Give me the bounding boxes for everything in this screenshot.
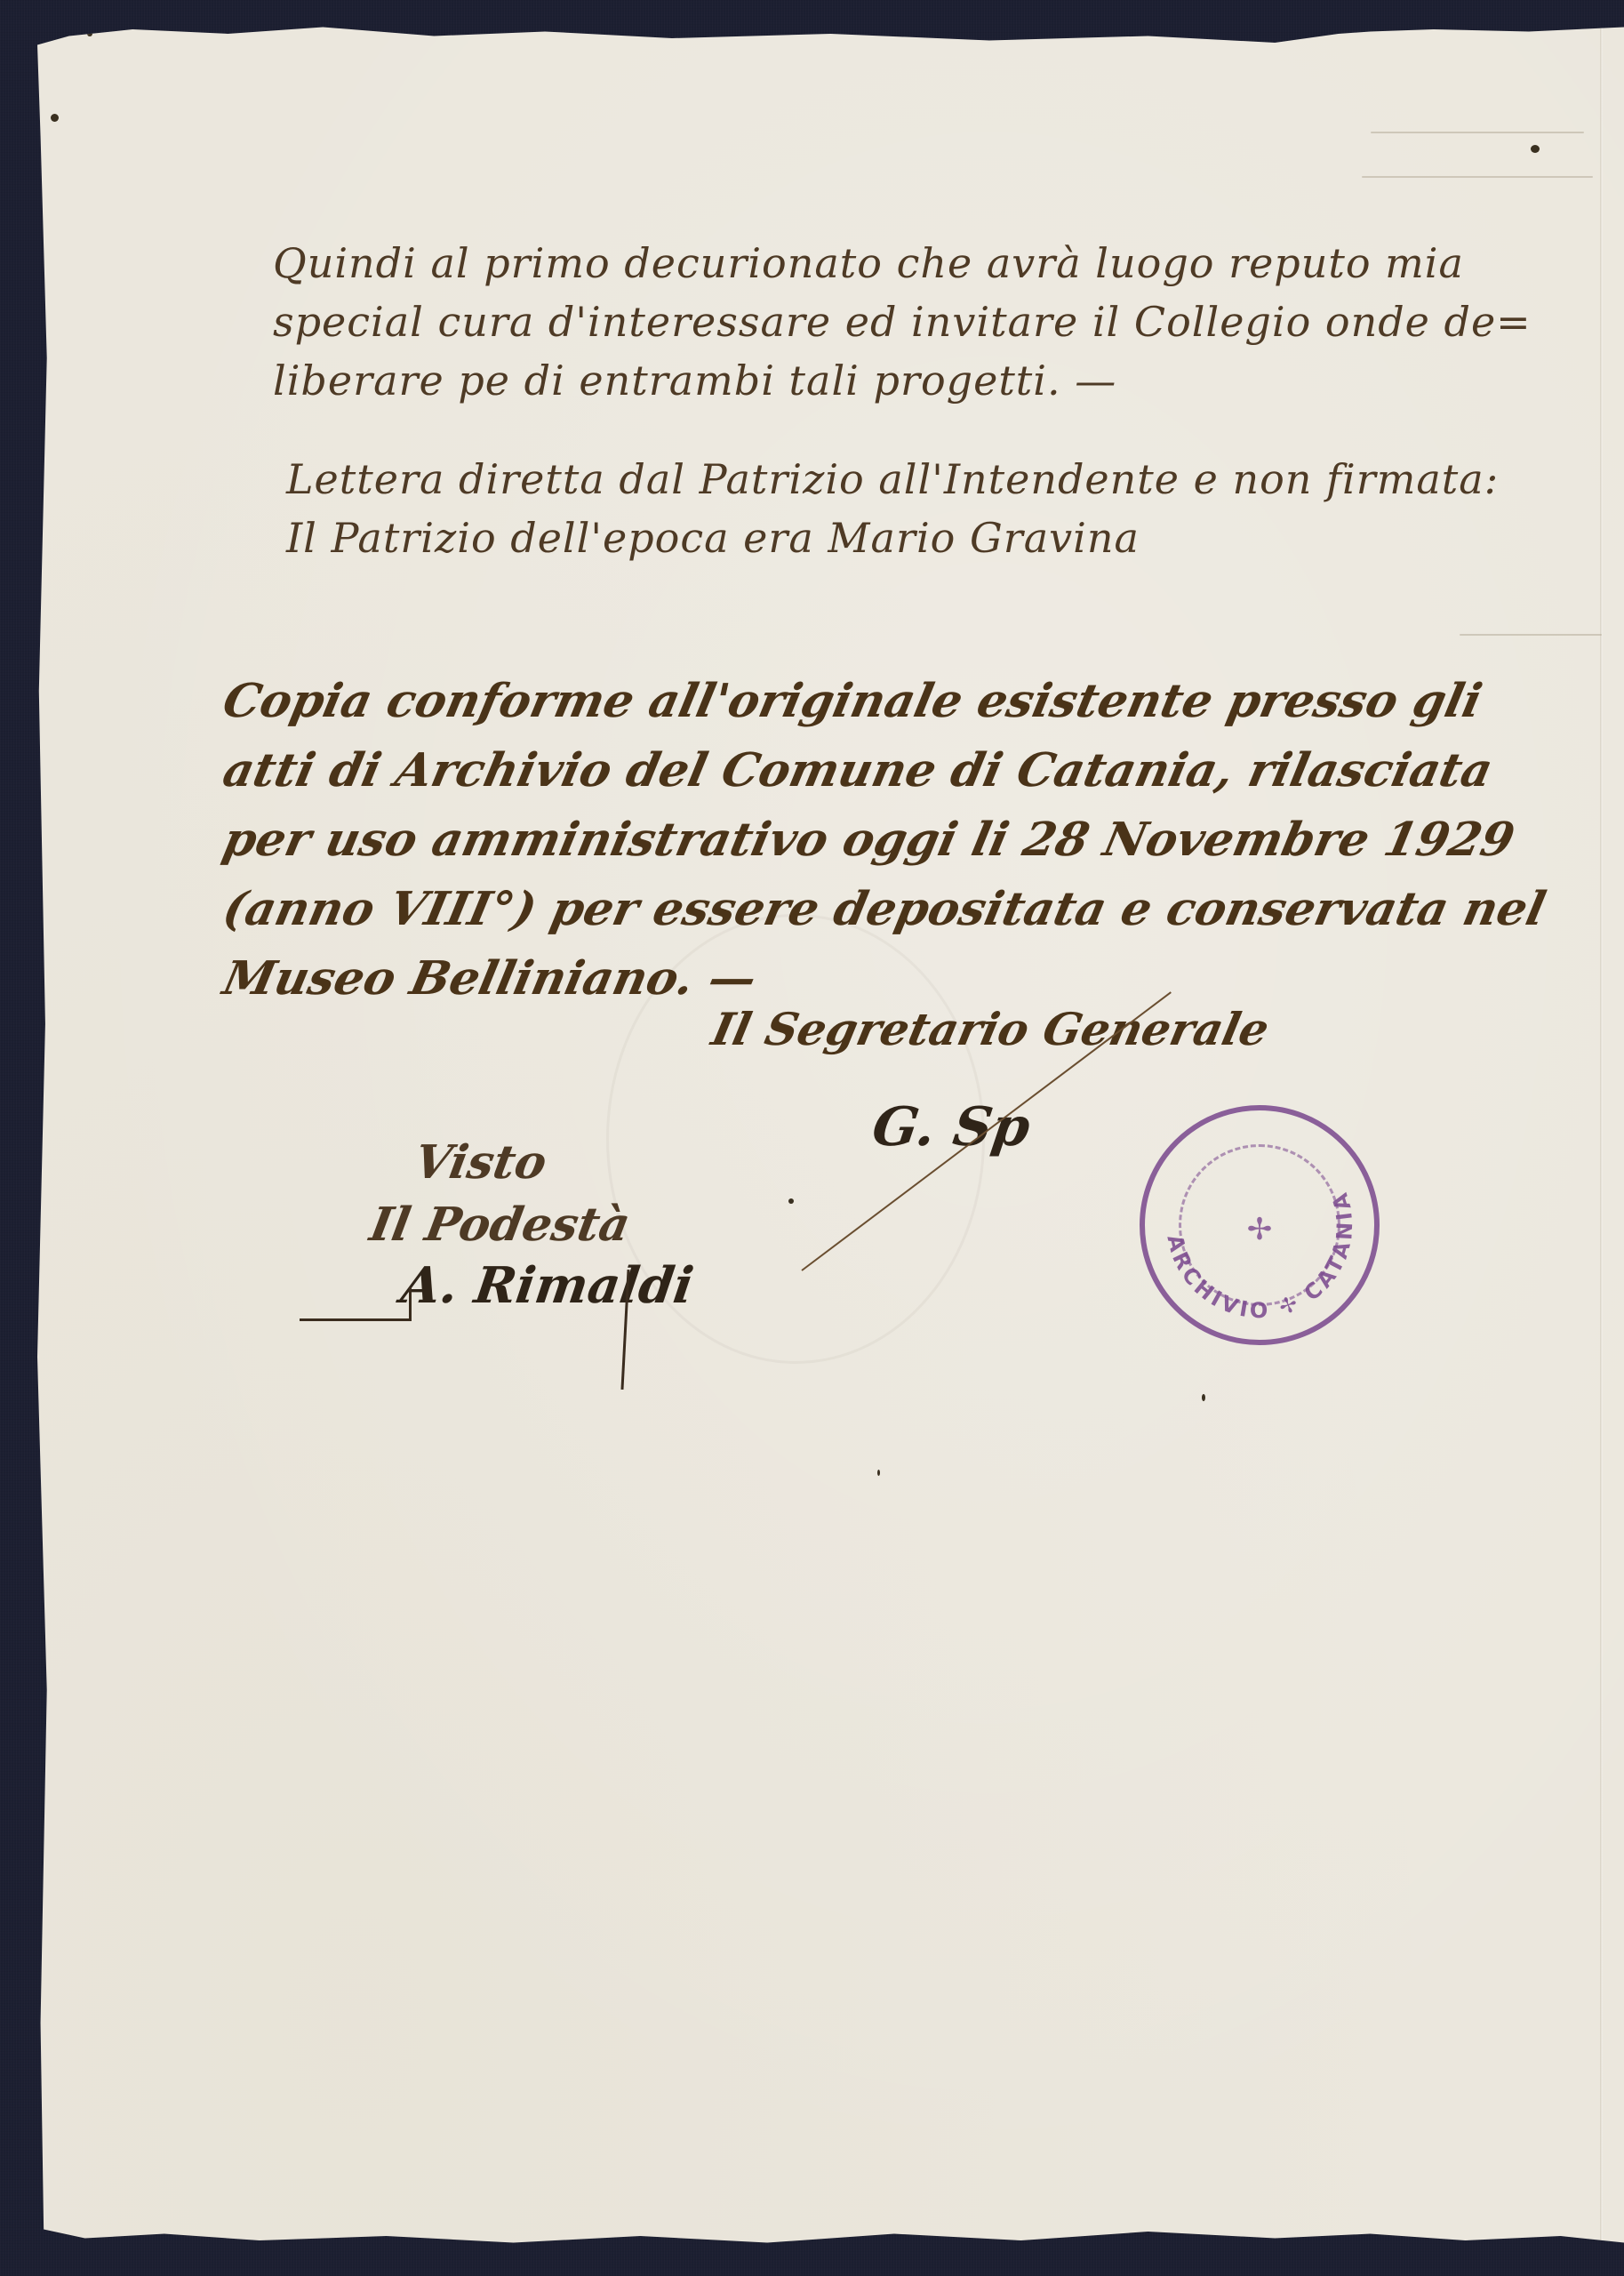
paper-crease bbox=[1362, 176, 1593, 178]
text-line: Quindi al primo decurionato che avrà luo… bbox=[273, 234, 1532, 293]
paper-crease bbox=[1460, 634, 1602, 636]
paper-crease bbox=[1371, 132, 1584, 133]
paragraph-proposal: Quindi al primo decurionato che avrà luo… bbox=[273, 234, 1532, 410]
approval-role: Il Podestà bbox=[365, 1194, 635, 1256]
paragraph-note: Lettera diretta dal Patrizio all'Intende… bbox=[286, 450, 1499, 567]
secretary-signature: G. Sp bbox=[868, 1096, 1034, 1158]
svg-text:ARCHIVIO ✢ CATANIA: ARCHIVIO ✢ CATANIA bbox=[1162, 1187, 1357, 1323]
text-line: Copia conforme all'originale esistente p… bbox=[217, 667, 1552, 736]
paper-speck bbox=[1202, 1394, 1205, 1401]
stamp-emblem-icon: ✢ bbox=[1247, 1212, 1273, 1247]
archive-stamp: ARCHIVIO ✢ CATANIA ✢ bbox=[1140, 1105, 1380, 1345]
paper-speck bbox=[877, 1470, 880, 1476]
text-line: Lettera diretta dal Patrizio all'Intende… bbox=[286, 450, 1499, 509]
signature-underline bbox=[300, 1318, 411, 1321]
document-page: Quindi al primo decurionato che avrà luo… bbox=[37, 25, 1624, 2245]
podesta-signature: A. Rimaldi bbox=[397, 1256, 697, 1315]
text-line: atti di Archivio del Comune di Catania, … bbox=[217, 736, 1552, 805]
text-line: (anno VIII°) per essere depositata e con… bbox=[217, 875, 1552, 944]
page-fold bbox=[1600, 25, 1603, 2245]
paper-speck bbox=[51, 114, 59, 122]
signature-underline bbox=[409, 1287, 412, 1321]
paragraph-certified-copy: Copia conforme all'originale esistente p… bbox=[224, 667, 1544, 1014]
secretary-title: Il Segretario Generale bbox=[708, 1003, 1274, 1055]
paper-speck bbox=[1531, 145, 1540, 153]
text-line: Il Patrizio dell'epoca era Mario Gravina bbox=[286, 509, 1499, 567]
text-line: special cura d'interessare ed invitare i… bbox=[273, 293, 1532, 351]
paper-speck bbox=[788, 1198, 794, 1204]
text-line: per uso amministrativo oggi li 28 Novemb… bbox=[217, 805, 1552, 875]
approval-visto: Visto bbox=[410, 1132, 552, 1194]
text-line: liberare pe di entrambi tali progetti. — bbox=[273, 351, 1532, 410]
